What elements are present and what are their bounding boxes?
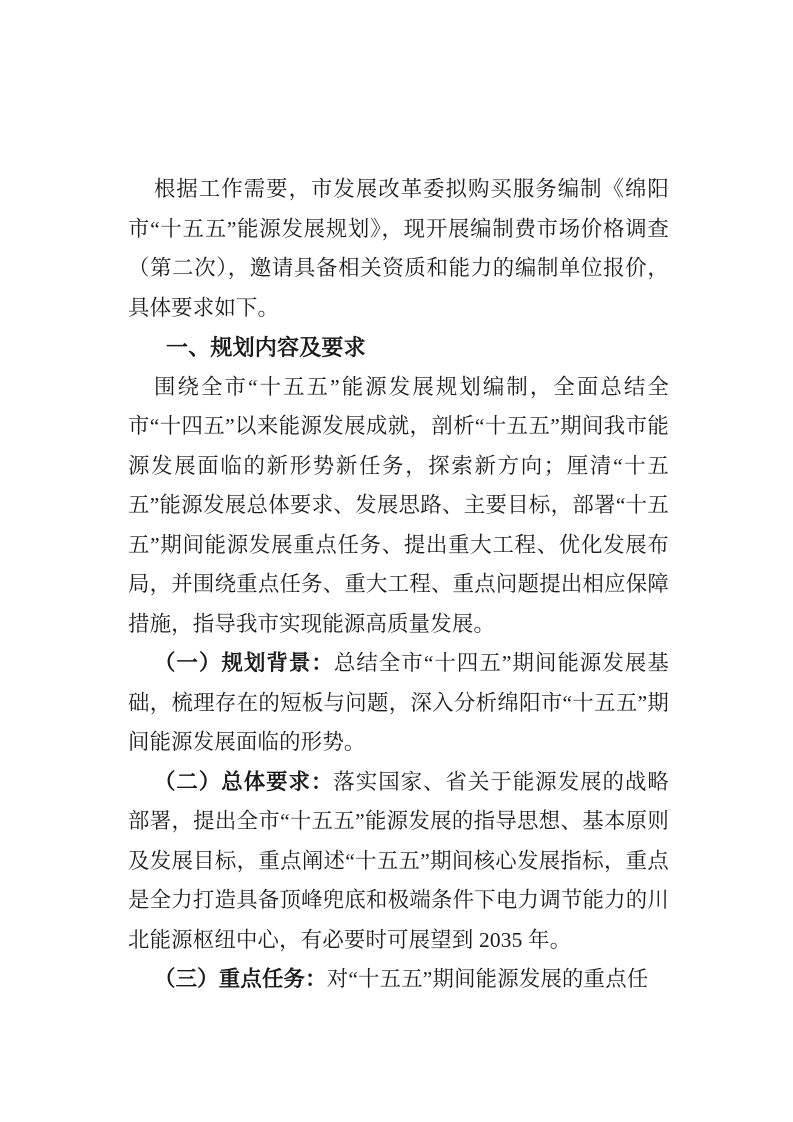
labeled-paragraph: （三）重点任务：对“十五五”期间能源发展的重点任 (128, 960, 669, 1000)
labeled-paragraph: （一）规划背景：总结全市“十四五”期间能源发展基础，梳理存在的短板与问题，深入分… (128, 644, 669, 763)
paragraph-label: （二）总体要求： (154, 770, 333, 794)
paragraph-label: （三）重点任务： (154, 967, 327, 991)
paragraph: 根据工作需要，市发展改革委拟购买服务编制《绵阳市“十五五”能源发展规划》，现开展… (128, 170, 669, 328)
section-heading: 一、规划内容及要求 (128, 328, 669, 368)
paragraph: 围绕全市“十五五”能源发展规划编制，全面总结全市“十四五”以来能源发展成就，剖析… (128, 368, 669, 645)
document-page: 根据工作需要，市发展改革委拟购买服务编制《绵阳市“十五五”能源发展规划》，现开展… (0, 0, 793, 1122)
paragraph-text: 落实国家、省关于能源发展的战略部署，提出全市“十五五”能源发展的指导思想、基本原… (128, 770, 669, 952)
document-body: 根据工作需要，市发展改革委拟购买服务编制《绵阳市“十五五”能源发展规划》，现开展… (128, 170, 669, 1000)
paragraph-label: （一）规划背景： (154, 651, 334, 675)
labeled-paragraph: （二）总体要求：落实国家、省关于能源发展的战略部署，提出全市“十五五”能源发展的… (128, 763, 669, 961)
paragraph-text: 对“十五五”期间能源发展的重点任 (327, 967, 649, 991)
